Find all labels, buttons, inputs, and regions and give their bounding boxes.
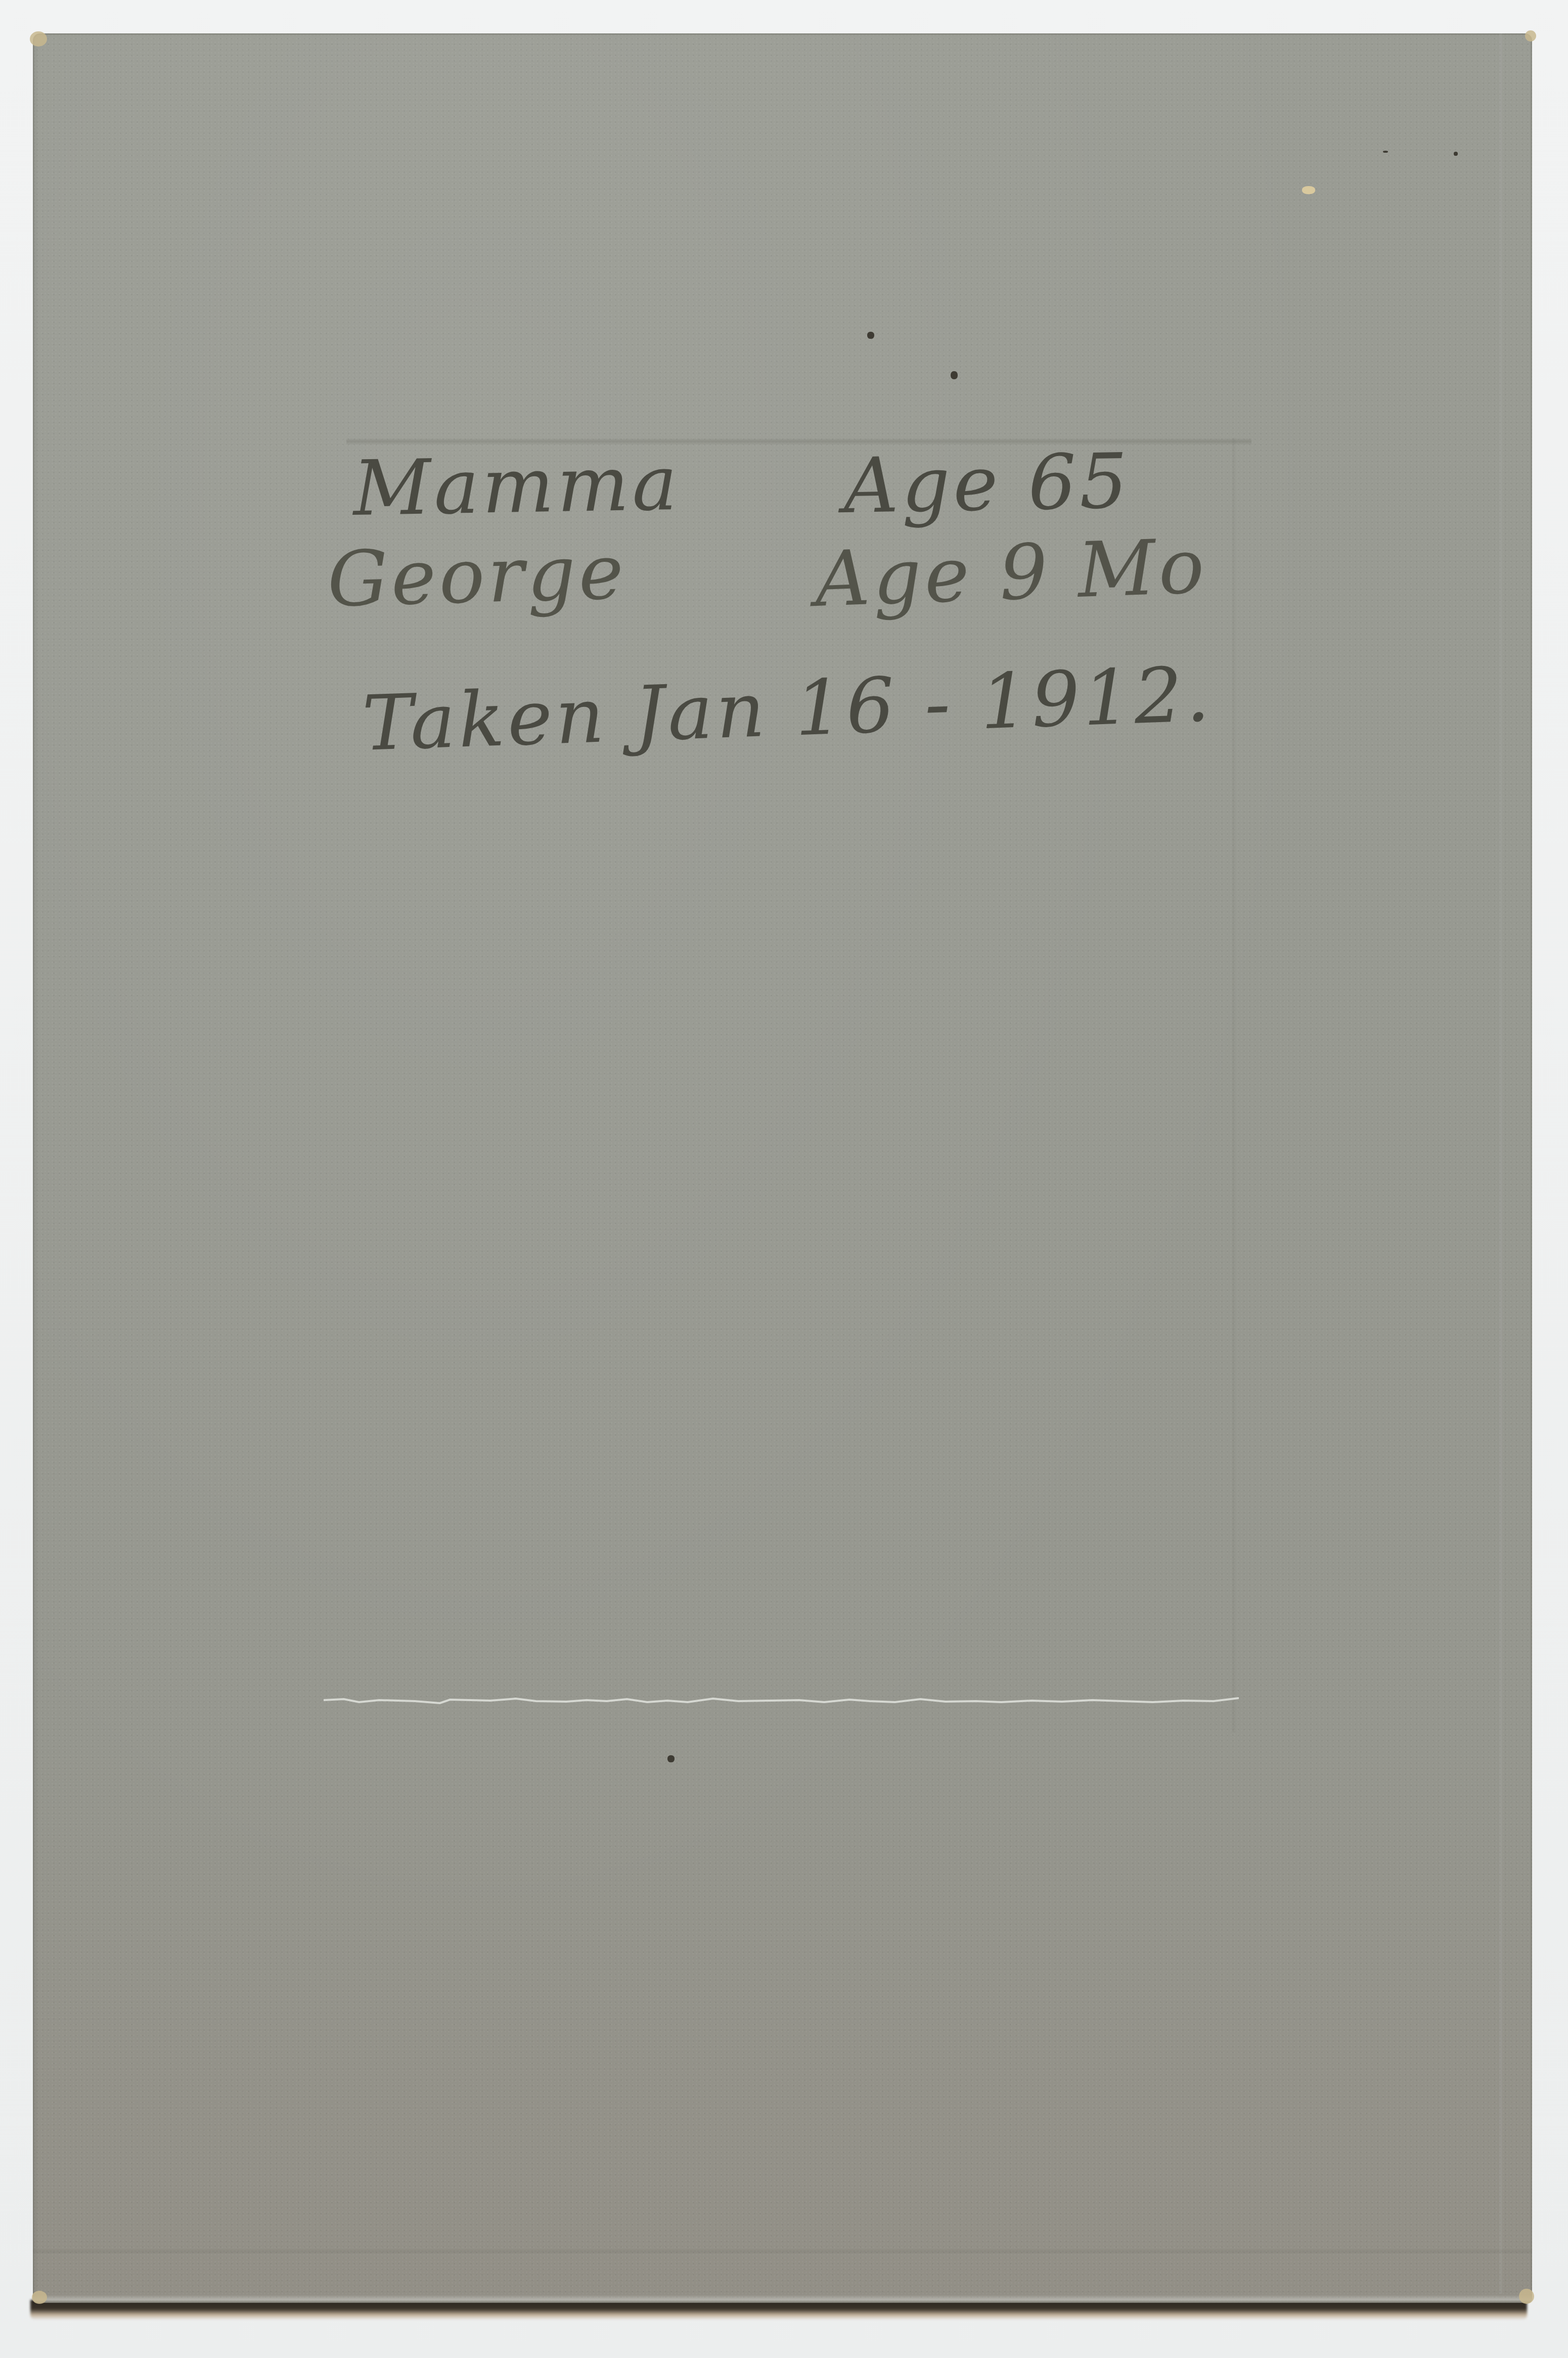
paper-texture xyxy=(33,33,1532,2303)
embossed-bottom-band xyxy=(33,2248,1532,2254)
card-bottom-shadow xyxy=(30,2300,1527,2320)
corner-wear-top-right xyxy=(1525,30,1536,41)
corner-wear-top-left xyxy=(30,31,47,47)
embossed-border-line xyxy=(1499,33,1502,2294)
cabinet-card-back xyxy=(33,33,1532,2303)
surface-tear-line xyxy=(324,1696,1239,1706)
corner-wear-bottom-left xyxy=(32,2291,47,2304)
speck xyxy=(867,332,874,339)
speck xyxy=(951,371,958,379)
corner-wear-bottom-right xyxy=(1519,2289,1534,2304)
speck xyxy=(667,1755,675,1762)
worn-bottom-edge xyxy=(33,2295,1532,2303)
embossed-frame-top-edge xyxy=(346,438,1251,445)
speck xyxy=(1302,186,1315,194)
embossed-frame-right-edge xyxy=(1231,438,1236,1732)
speck xyxy=(1454,152,1458,156)
speck xyxy=(1383,151,1388,153)
